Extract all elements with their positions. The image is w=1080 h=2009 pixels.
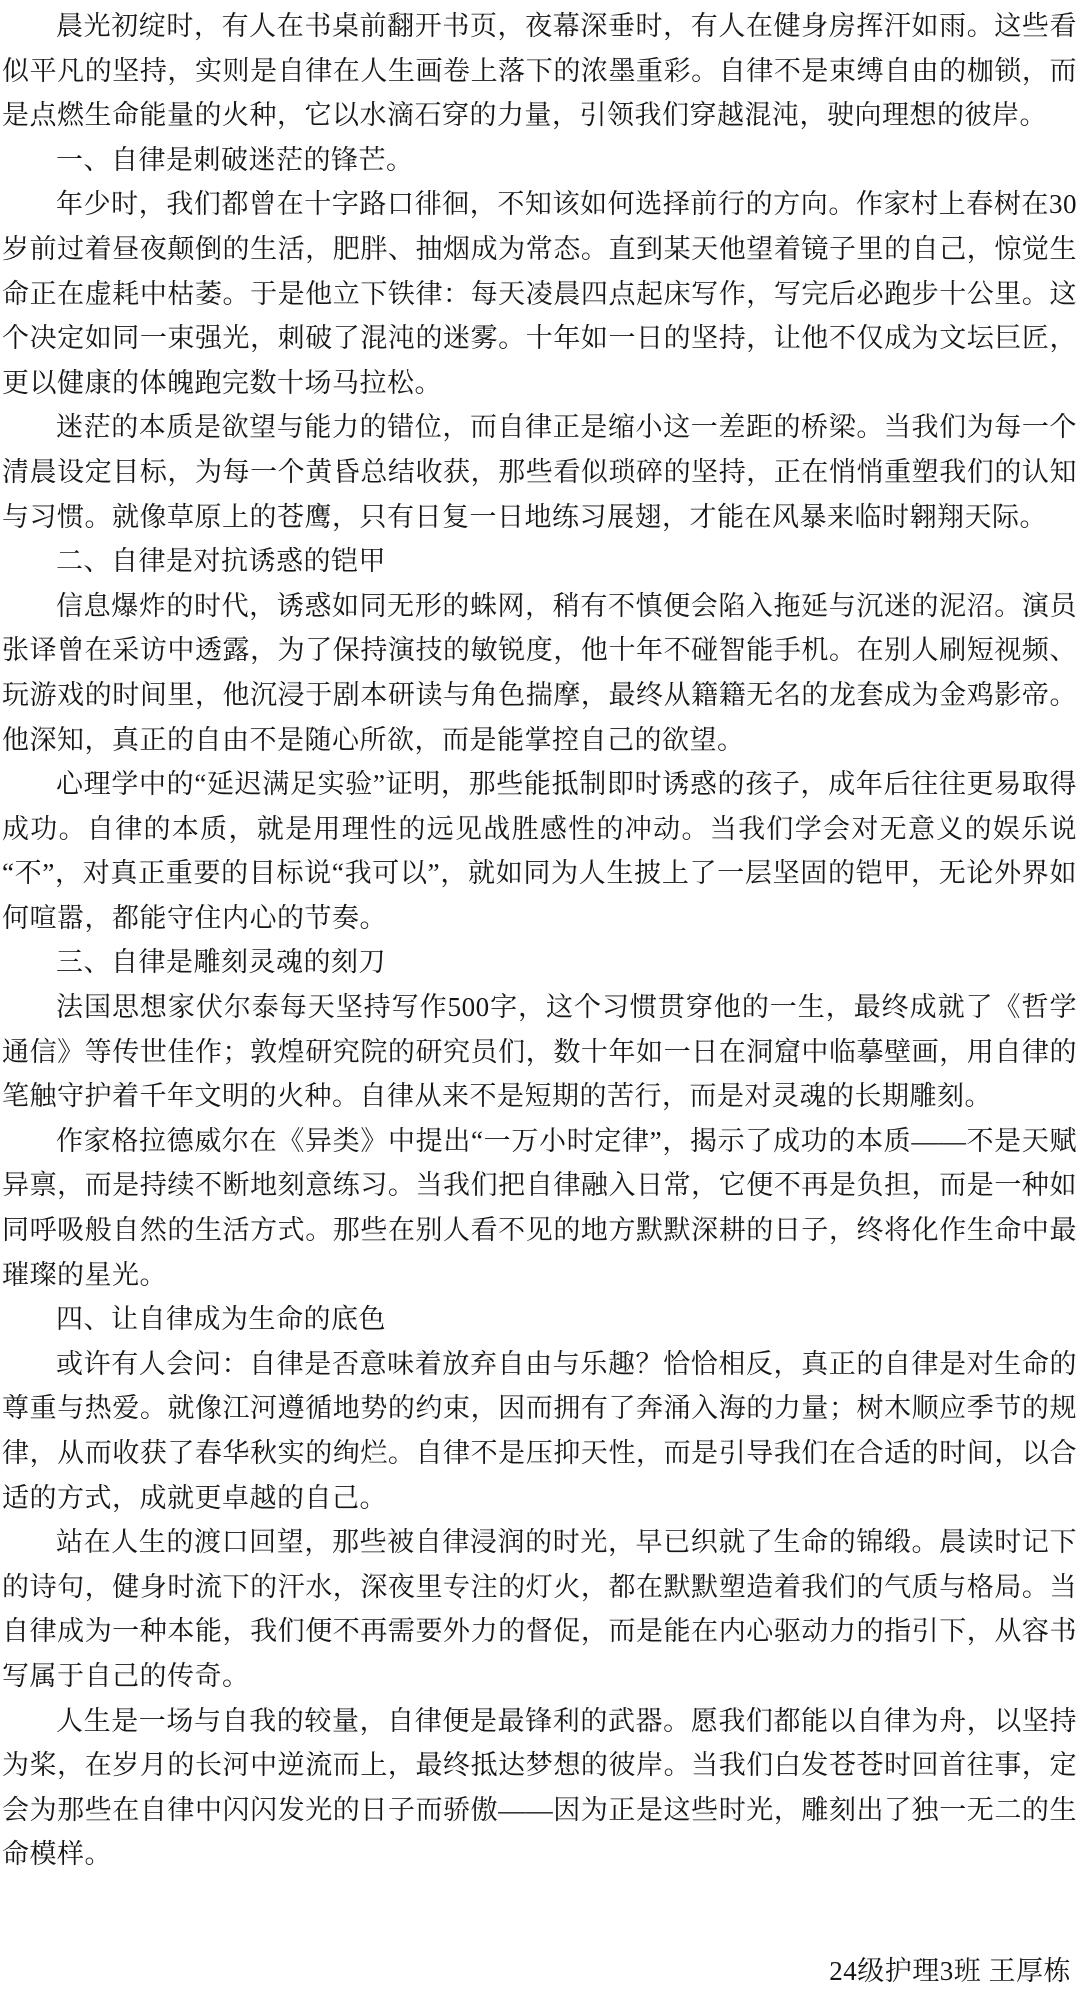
essay-paragraph: 迷茫的本质是欲望与能力的错位，而自律正是缩小这一差距的桥梁。当我们为每一个清晨设… [2, 405, 1077, 539]
document-page: 晨光初绽时，有人在书桌前翻开书页，夜幕深垂时，有人在健身房挥汗如雨。这些看似平凡… [0, 0, 1080, 2009]
essay-paragraph: 作家格拉德威尔在《异类》中提出“一万小时定律”，揭示了成功的本质——不是天赋异禀… [2, 1119, 1077, 1297]
author-signature: 24级护理3班 王厚栋 [2, 1949, 1077, 1994]
essay-body: 晨光初绽时，有人在书桌前翻开书页，夜幕深垂时，有人在健身房挥汗如雨。这些看似平凡… [2, 4, 1077, 1877]
essay-paragraph: 信息爆炸的时代，诱惑如同无形的蛛网，稍有不慎便会陷入拖延与沉迷的泥沼。演员张译曾… [2, 584, 1077, 762]
essay-paragraph: 心理学中的“延迟满足实验”证明，那些能抵制即时诱惑的孩子，成年后往往更易取得成功… [2, 762, 1077, 940]
essay-paragraph: 法国思想家伏尔泰每天坚持写作500字，这个习惯贯穿他的一生，最终成就了《哲学通信… [2, 985, 1077, 1119]
essay-paragraph: 人生是一场与自我的较量，自律便是最锋利的武器。愿我们都能以自律为舟，以坚持为桨，… [2, 1699, 1077, 1877]
essay-paragraph: 晨光初绽时，有人在书桌前翻开书页，夜幕深垂时，有人在健身房挥汗如雨。这些看似平凡… [2, 4, 1077, 138]
essay-paragraph: 年少时，我们都曾在十字路口徘徊，不知该如何选择前行的方向。作家村上春树在30岁前… [2, 182, 1077, 405]
section-heading-2: 二、自律是对抗诱惑的铠甲 [2, 539, 1077, 584]
section-heading-4: 四、让自律成为生命的底色 [2, 1297, 1077, 1342]
essay-paragraph: 站在人生的渡口回望，那些被自律浸润的时光，早已织就了生命的锦缎。晨读时记下的诗句… [2, 1520, 1077, 1698]
section-heading-3: 三、自律是雕刻灵魂的刻刀 [2, 940, 1077, 985]
essay-paragraph: 或许有人会问：自律是否意味着放弃自由与乐趣？恰恰相反，真正的自律是对生命的尊重与… [2, 1342, 1077, 1520]
section-heading-1: 一、自律是刺破迷茫的锋芒。 [2, 138, 1077, 183]
